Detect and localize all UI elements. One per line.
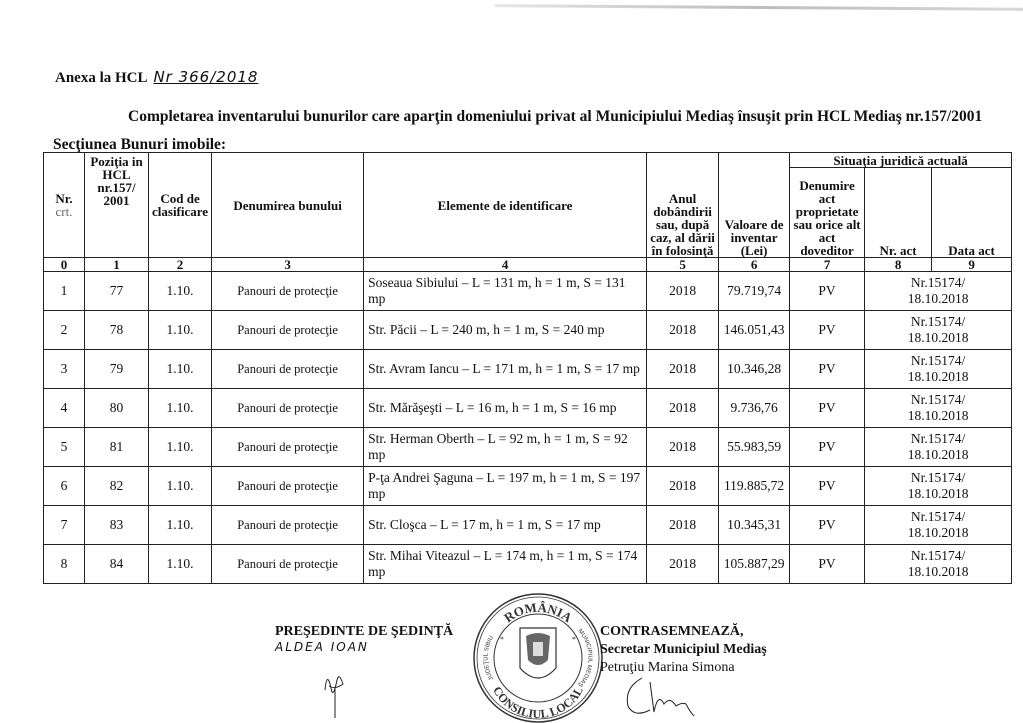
table-row: 2781.10.Panouri de protecţieStr. Păcii –… — [44, 311, 1012, 350]
cell-elemente: Str. Herman Oberth – L = 92 m, h = 1 m, … — [364, 428, 647, 467]
svg-text:ROMÂNIA: ROMÂNIA — [501, 600, 575, 626]
cell-valoare: 55.983,59 — [719, 428, 790, 467]
cell-denumire: Panouri de protecţie — [212, 467, 364, 506]
cell-cod: 1.10. — [149, 350, 212, 389]
svg-text:JUDEŢUL SIBIU: JUDEŢUL SIBIU — [483, 635, 495, 681]
header-denumirea: Denumirea bunului — [212, 153, 364, 258]
cell-valoare: 105.887,29 — [719, 545, 790, 584]
cell-pozitia: 78 — [85, 311, 149, 350]
cell-valoare: 10.345,31 — [719, 506, 790, 545]
signature-secretary: CONTRASEMNEAZĂ, Secretar Municipiul Medi… — [600, 624, 767, 676]
table-row: 6821.10.Panouri de protecţieP-ţa Andrei … — [44, 467, 1012, 506]
cell-denumire: Panouri de protecţie — [212, 428, 364, 467]
svg-text:*: * — [500, 635, 504, 644]
cell-valoare: 119.885,72 — [719, 467, 790, 506]
column-number-4: 4 — [364, 258, 647, 272]
cell-cod: 1.10. — [149, 272, 212, 311]
act-date: 18.10.2018 — [908, 564, 969, 579]
header-elemente: Elemente de identificare — [364, 153, 647, 258]
cell-valoare: 9.736,76 — [719, 389, 790, 428]
column-number-2: 2 — [149, 258, 212, 272]
cell-act: PV — [790, 467, 865, 506]
cell-nr-crt: 2 — [44, 311, 85, 350]
secretary-title: CONTRASEMNEAZĂ, — [600, 624, 767, 640]
header-situatia: Situaţia juridică actuală — [790, 153, 1012, 168]
cell-act: PV — [790, 506, 865, 545]
cell-nr-data-act: Nr.15174/18.10.2018 — [865, 389, 1012, 428]
cell-pozitia: 84 — [85, 545, 149, 584]
cell-elemente: Str. Păcii – L = 240 m, h = 1 m, S = 240… — [364, 311, 647, 350]
column-number-9: 9 — [932, 258, 1012, 272]
official-stamp: ROMÂNIA CONSILIUL LOCAL JUDEŢUL SIBIU MU… — [470, 590, 606, 723]
cell-elemente: P-ţa Andrei Şaguna – L = 197 m, h = 1 m,… — [364, 467, 647, 506]
secretary-signature-icon — [620, 672, 700, 722]
cell-act: PV — [790, 272, 865, 311]
act-date: 18.10.2018 — [908, 291, 969, 306]
act-number: Nr.15174/ — [911, 431, 965, 446]
cell-cod: 1.10. — [149, 311, 212, 350]
header-pozitia: Poziţia in HCL nr.157/ 2001 — [85, 153, 149, 258]
annex-handwritten-number: Nr 366/2018 — [153, 68, 258, 86]
cell-nr-crt: 7 — [44, 506, 85, 545]
header-nr-crt: Nr. crt. — [44, 153, 85, 258]
column-number-3: 3 — [212, 258, 364, 272]
cell-elemente: Str. Mihai Viteazul – L = 174 m, h = 1 m… — [364, 545, 647, 584]
header-cod: Cod de clasificare — [149, 153, 212, 258]
act-number: Nr.15174/ — [911, 275, 965, 290]
svg-text:CONSILIUL LOCAL: CONSILIUL LOCAL — [490, 684, 586, 721]
cell-anul: 2018 — [647, 389, 719, 428]
signature-president: PREŞEDINTE DE ŞEDINŢĂ ALDEA IOAN — [275, 624, 453, 640]
cell-nr-data-act: Nr.15174/18.10.2018 — [865, 545, 1012, 584]
column-number-5: 5 — [647, 258, 719, 272]
header-valoare: Valoare de inventar (Lei) — [719, 153, 790, 258]
cell-nr-crt: 8 — [44, 545, 85, 584]
cell-nr-data-act: Nr.15174/18.10.2018 — [865, 311, 1012, 350]
column-number-1: 1 — [85, 258, 149, 272]
inventory-table: Nr. crt. Poziţia in HCL nr.157/ 2001 Cod… — [43, 152, 1012, 584]
table-row: 7831.10.Panouri de protecţieStr. Cloşca … — [44, 506, 1012, 545]
cell-nr-crt: 4 — [44, 389, 85, 428]
cell-act: PV — [790, 428, 865, 467]
cell-act: PV — [790, 545, 865, 584]
cell-anul: 2018 — [647, 545, 719, 584]
cell-nr-data-act: Nr.15174/18.10.2018 — [865, 506, 1012, 545]
act-number: Nr.15174/ — [911, 509, 965, 524]
cell-valoare: 10.346,28 — [719, 350, 790, 389]
act-number: Nr.15174/ — [911, 353, 965, 368]
cell-nr-crt: 6 — [44, 467, 85, 506]
cell-pozitia: 79 — [85, 350, 149, 389]
cell-denumire: Panouri de protecţie — [212, 545, 364, 584]
annex-label: Anexa la HCL — [55, 70, 147, 86]
scan-artifact — [495, 4, 1023, 11]
column-number-7: 7 — [790, 258, 865, 272]
cell-pozitia: 81 — [85, 428, 149, 467]
table-row: 1771.10.Panouri de protecţieSoseaua Sibi… — [44, 272, 1012, 311]
cell-anul: 2018 — [647, 272, 719, 311]
president-signature-icon — [315, 660, 355, 720]
act-number: Nr.15174/ — [911, 548, 965, 563]
cell-denumire: Panouri de protecţie — [212, 272, 364, 311]
cell-nr-crt: 3 — [44, 350, 85, 389]
cell-pozitia: 80 — [85, 389, 149, 428]
cell-pozitia: 77 — [85, 272, 149, 311]
cell-nr-data-act: Nr.15174/18.10.2018 — [865, 467, 1012, 506]
cell-elemente: Str. Mărăşeşti – L = 16 m, h = 1 m, S = … — [364, 389, 647, 428]
act-number: Nr.15174/ — [911, 392, 965, 407]
header-nr-act: Nr. act — [865, 168, 932, 258]
cell-anul: 2018 — [647, 467, 719, 506]
column-number-6: 6 — [719, 258, 790, 272]
cell-nr-data-act: Nr.15174/18.10.2018 — [865, 428, 1012, 467]
cell-act: PV — [790, 389, 865, 428]
president-title: PREŞEDINTE DE ŞEDINŢĂ — [275, 624, 453, 639]
column-number-8: 8 — [865, 258, 932, 272]
secretary-role: Secretar Municipiul Mediaş — [600, 642, 767, 658]
coat-of-arms-icon — [520, 628, 556, 678]
cell-act: PV — [790, 311, 865, 350]
table-row: 3791.10.Panouri de protecţieStr. Avram I… — [44, 350, 1012, 389]
act-date: 18.10.2018 — [908, 408, 969, 423]
cell-cod: 1.10. — [149, 506, 212, 545]
cell-elemente: Str. Cloşca – L = 17 m, h = 1 m, S = 17 … — [364, 506, 647, 545]
president-handwritten-name: ALDEA IOAN — [275, 640, 369, 654]
cell-pozitia: 83 — [85, 506, 149, 545]
act-date: 18.10.2018 — [908, 330, 969, 345]
annex-heading: Anexa la HCL Nr 366/2018 — [55, 68, 258, 87]
cell-nr-data-act: Nr.15174/18.10.2018 — [865, 272, 1012, 311]
cell-cod: 1.10. — [149, 389, 212, 428]
column-number-0: 0 — [44, 258, 85, 272]
act-number: Nr.15174/ — [911, 314, 965, 329]
act-date: 18.10.2018 — [908, 447, 969, 462]
cell-anul: 2018 — [647, 311, 719, 350]
cell-denumire: Panouri de protecţie — [212, 350, 364, 389]
table-row: 5811.10.Panouri de protecţieStr. Herman … — [44, 428, 1012, 467]
table-row: 8841.10.Panouri de protecţieStr. Mihai V… — [44, 545, 1012, 584]
cell-anul: 2018 — [647, 350, 719, 389]
cell-denumire: Panouri de protecţie — [212, 389, 364, 428]
cell-act: PV — [790, 350, 865, 389]
act-number: Nr.15174/ — [911, 470, 965, 485]
header-denumire-act: Denumire act proprietate sau orice alt a… — [790, 168, 865, 258]
cell-denumire: Panouri de protecţie — [212, 506, 364, 545]
table-body: 1771.10.Panouri de protecţieSoseaua Sibi… — [44, 272, 1012, 584]
svg-text:*: * — [572, 635, 576, 644]
cell-anul: 2018 — [647, 428, 719, 467]
cell-valoare: 146.051,43 — [719, 311, 790, 350]
act-date: 18.10.2018 — [908, 525, 969, 540]
act-date: 18.10.2018 — [908, 369, 969, 384]
cell-nr-crt: 5 — [44, 428, 85, 467]
cell-cod: 1.10. — [149, 428, 212, 467]
column-number-row: 0123456789 — [44, 258, 1012, 272]
table-row: 4801.10.Panouri de protecţieStr. Mărăşeş… — [44, 389, 1012, 428]
cell-nr-data-act: Nr.15174/18.10.2018 — [865, 350, 1012, 389]
cell-pozitia: 82 — [85, 467, 149, 506]
cell-denumire: Panouri de protecţie — [212, 311, 364, 350]
cell-anul: 2018 — [647, 506, 719, 545]
document-title: Completarea inventarului bunurilor care … — [128, 108, 982, 126]
cell-cod: 1.10. — [149, 545, 212, 584]
act-date: 18.10.2018 — [908, 486, 969, 501]
cell-elemente: Soseaua Sibiului – L = 131 m, h = 1 m, S… — [364, 272, 647, 311]
cell-nr-crt: 1 — [44, 272, 85, 311]
svg-text:MUNICIPIUL MEDIAŞ: MUNICIPIUL MEDIAŞ — [577, 628, 593, 687]
header-data-act: Data act — [932, 168, 1012, 258]
cell-valoare: 79.719,74 — [719, 272, 790, 311]
header-anul: Anul dobândirii sau, după caz, al dării … — [647, 153, 719, 258]
cell-cod: 1.10. — [149, 467, 212, 506]
cell-elemente: Str. Avram Iancu – L = 171 m, h = 1 m, S… — [364, 350, 647, 389]
